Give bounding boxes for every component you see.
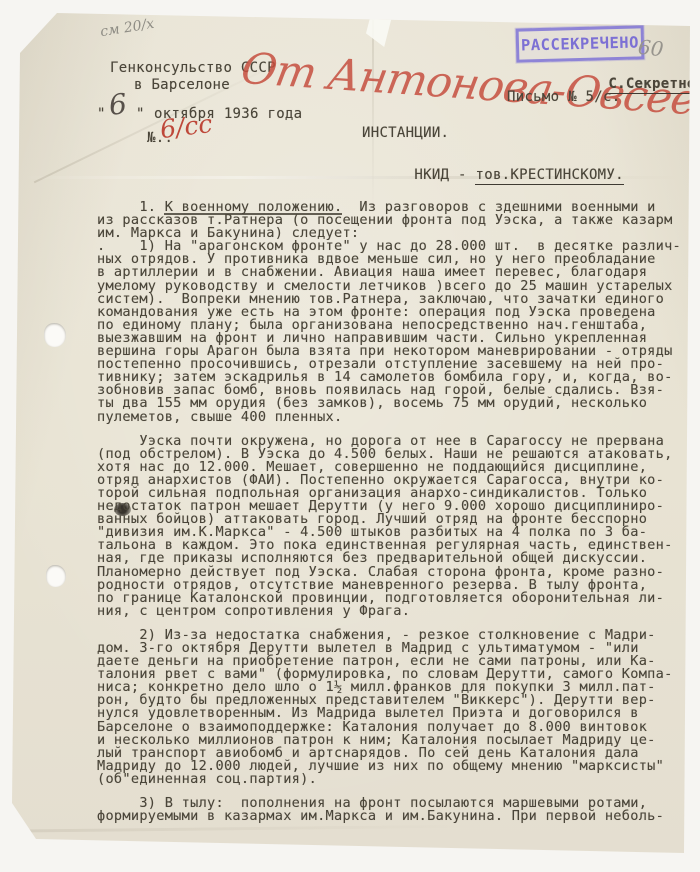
- consulate-city: в Барселоне: [134, 77, 230, 93]
- declassified-stamp: РАССЕКРЕЧЕНО: [516, 25, 645, 62]
- paper-tear: [366, 13, 392, 47]
- punch-hole: [44, 323, 66, 347]
- addressee-prefix: НКИД -: [414, 167, 475, 183]
- paragraph-huesca: Уэска почти окружена, но дорога от нее в…: [97, 435, 691, 618]
- stamp-label: РАССЕКРЕЧЕНО: [521, 33, 639, 54]
- addressee-name: тов.КРЕСТИНСКОМУ.: [475, 167, 623, 185]
- letter-body: 1. К военному положению. Из разговоров с…: [97, 201, 691, 834]
- addressee-instantsii: ИНСТАНЦИИ.: [362, 125, 449, 141]
- heading-underline: [164, 213, 342, 214]
- scanned-document-page: см 20/х РАССЕКРЕЧЕНО 60 Генконсульство С…: [0, 0, 700, 872]
- punch-hole: [46, 565, 66, 587]
- pencil-note: см 20/х: [99, 16, 155, 40]
- date-close-quote: ": [136, 106, 145, 122]
- document-paper: см 20/х РАССЕКРЕЧЕНО 60 Генконсульство С…: [0, 0, 700, 872]
- secrecy-text: С.Секретно.: [608, 76, 700, 94]
- paragraph-rear: 3) В тылу: пополнения на фронт посылаютс…: [97, 797, 691, 823]
- paragraph-military-situation: 1. К военному положению. Из разговоров с…: [97, 201, 691, 424]
- date-open-quote: ": [97, 106, 106, 122]
- addressee-nkid: НКИД - тов.КРЕСТИНСКОМУ.: [362, 151, 624, 199]
- pencil-number: 60: [637, 35, 665, 62]
- letter-number: Письмо № 5/с.: [507, 89, 620, 105]
- paragraph-madrid-conflict: 2) Из-за недостатка снабжения, - резкое …: [97, 629, 691, 786]
- handwritten-date-day: 6: [107, 87, 128, 122]
- handwritten-number: 6/сс: [158, 109, 213, 144]
